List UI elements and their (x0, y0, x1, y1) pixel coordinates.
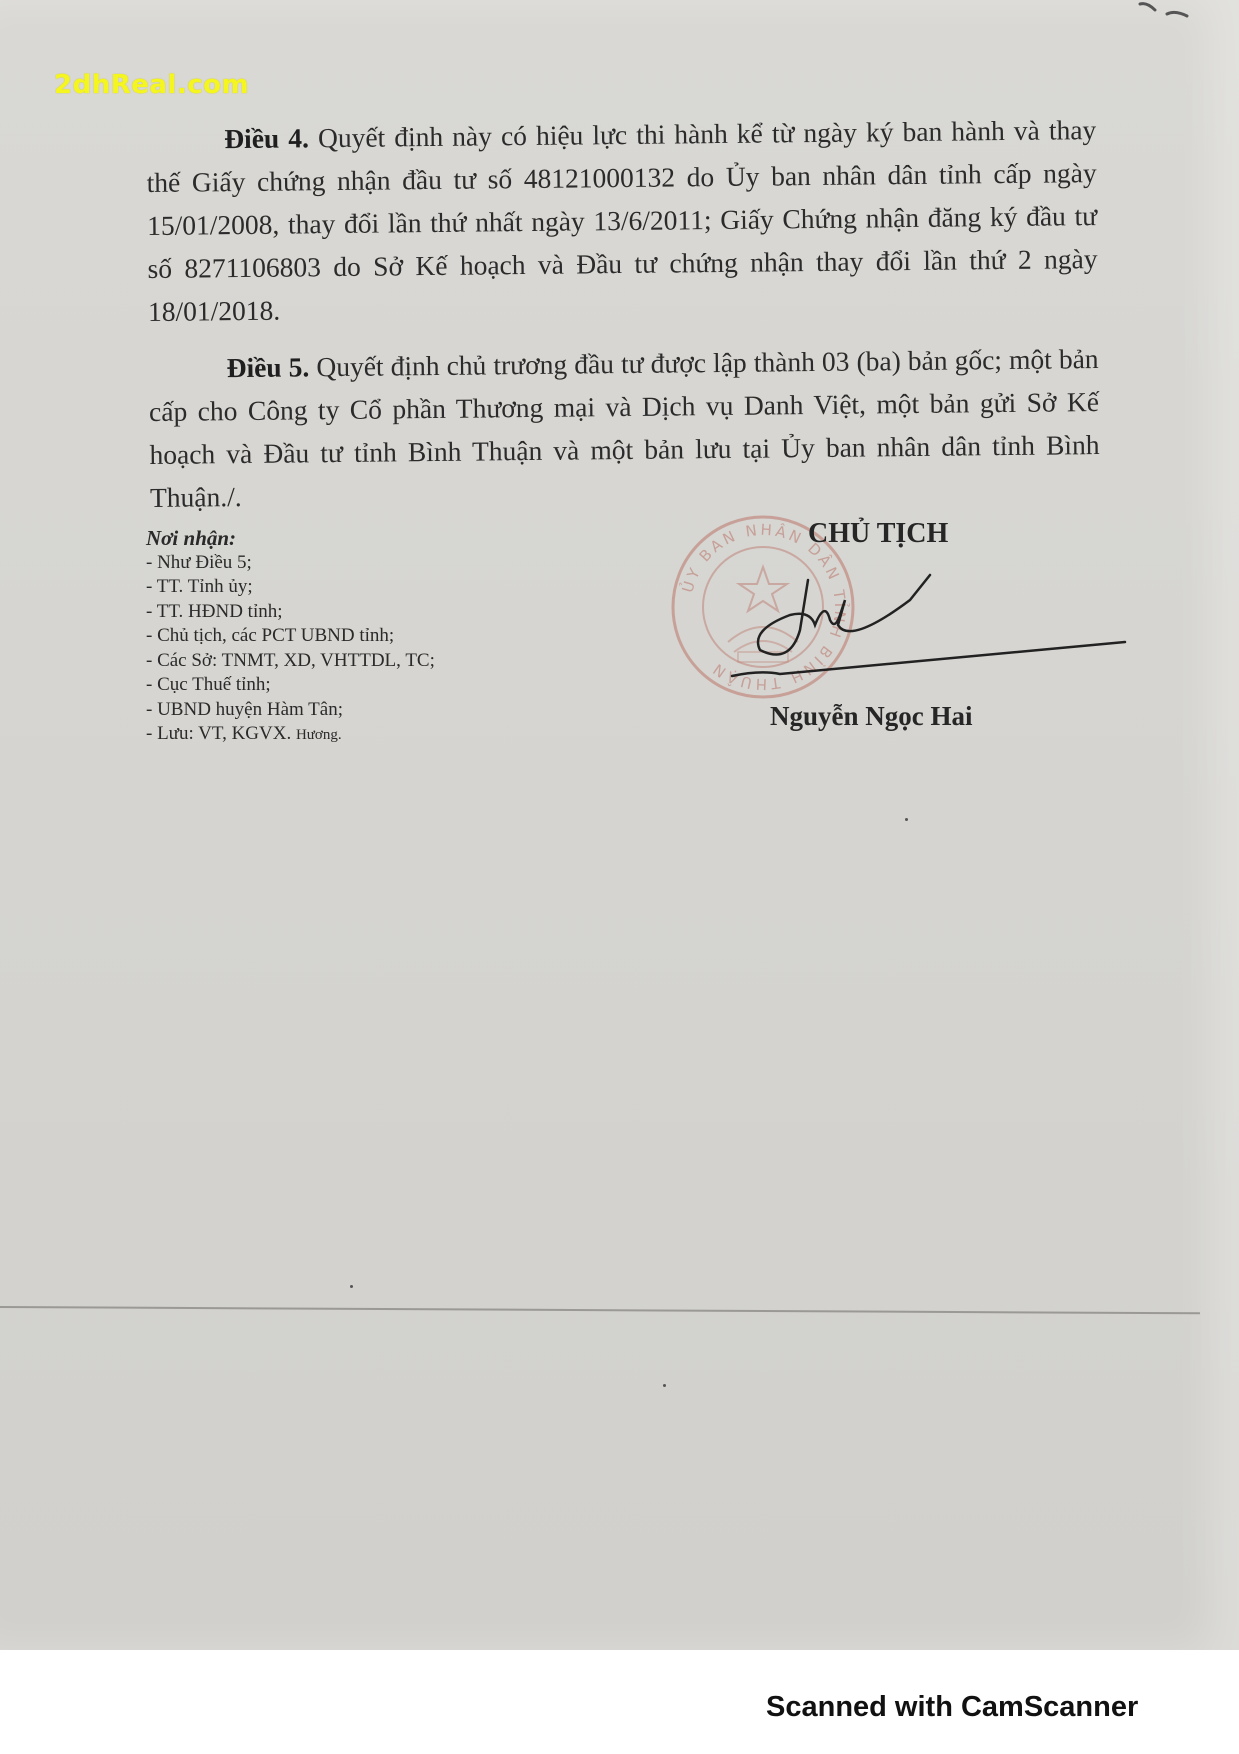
watermark-logo: 2dhReal.com (54, 70, 249, 100)
decision-body: Điều 4. Quyết định này có hiệu lực thi h… (146, 108, 1100, 533)
article-4-heading: Điều 4. (224, 122, 309, 154)
speck (905, 818, 908, 821)
recipient-item: - Cục Thuế tỉnh; (146, 673, 566, 698)
recipient-item: - TT. HĐND tỉnh; (146, 600, 566, 625)
handwritten-signature-icon (720, 570, 1140, 680)
article-5: Điều 5. Quyết định chủ trương đầu tư đượ… (148, 337, 1100, 519)
recipient-item: - UBND huyện Hàm Tân; (146, 698, 566, 723)
recipients-heading: Nơi nhận: (146, 526, 566, 551)
article-4: Điều 4. Quyết định này có hiệu lực thi h… (146, 108, 1098, 333)
drafter-note: Hương. (296, 727, 342, 743)
recipient-item-text: - Lưu: VT, KGVX. (146, 723, 291, 744)
scanner-footer: Scanned with CamScanner (766, 1691, 1138, 1724)
recipient-item: - Chủ tịch, các PCT UBND tỉnh; (146, 624, 566, 649)
speck (350, 1285, 353, 1288)
recipient-item: - Các Sở: TNMT, XD, VHTTDL, TC; (146, 649, 566, 674)
recipients-list: Nơi nhận: - Như Điều 5; - TT. Tỉnh ủy; -… (146, 526, 566, 748)
recipient-item: - TT. Tỉnh ủy; (146, 575, 566, 600)
article-5-heading: Điều 5. (226, 351, 309, 383)
speck (663, 1384, 666, 1387)
signer-title: CHỦ TỊCH (808, 518, 948, 550)
recipient-item: - Như Điều 5; (146, 551, 566, 576)
pen-marks-icon (1135, 0, 1195, 20)
recipient-item: - Lưu: VT, KGVX. Hương. (146, 722, 566, 748)
signer-name: Nguyễn Ngọc Hai (770, 701, 973, 732)
scanned-page: 2dhReal.com Điều 4. Quyết định này có hi… (0, 0, 1239, 1650)
page-divider-line (0, 1306, 1200, 1314)
